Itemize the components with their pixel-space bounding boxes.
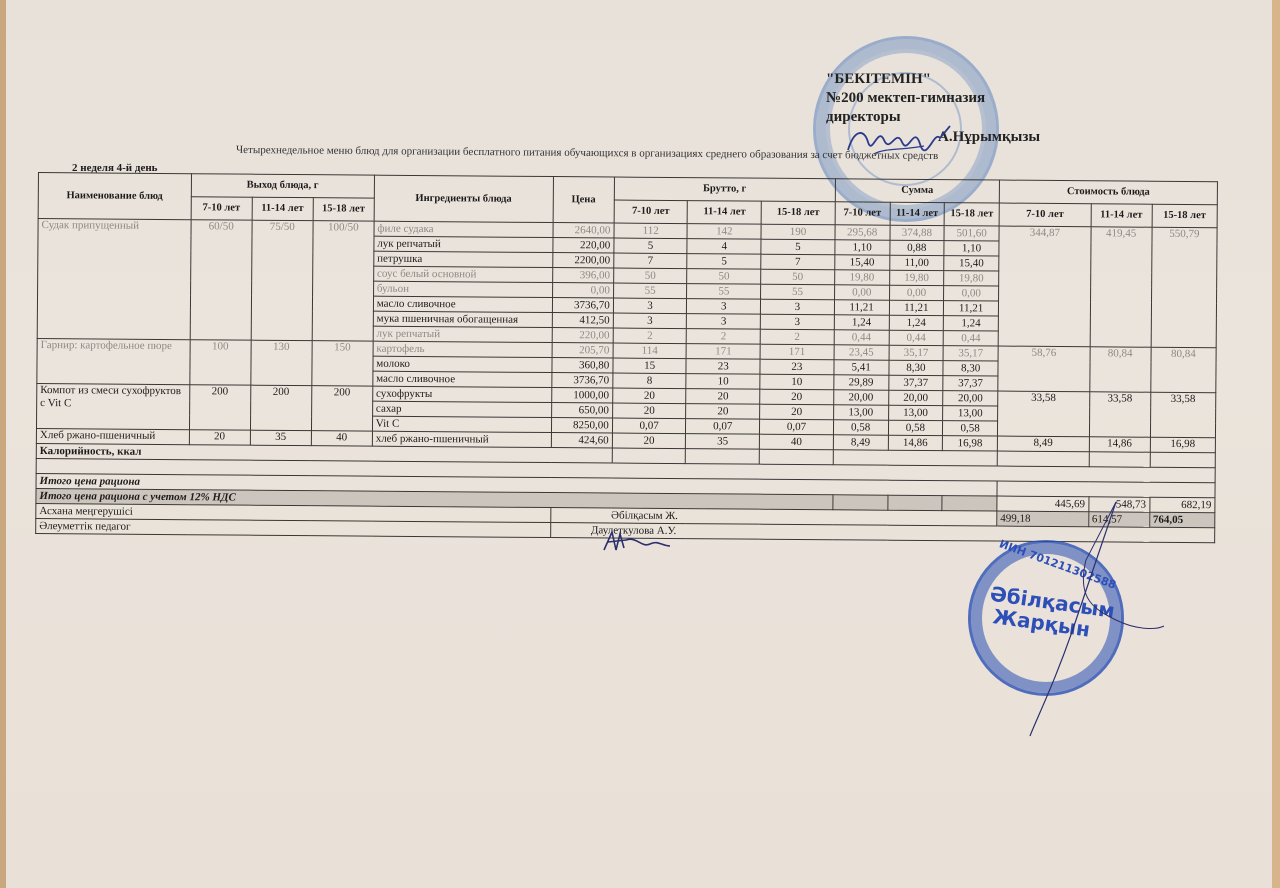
header-portion: Выход блюда, г [191,174,374,198]
header-age: 15-18 лет [944,203,999,226]
dish-portion: 150 [312,341,373,386]
header-dish-name: Наименование блюд [38,173,191,220]
ingredient-gross: 3 [761,299,835,315]
ingredient-name: Vit C [372,416,551,432]
ingredient-sum: 0,44 [834,330,889,345]
ingredient-price: 0,00 [552,283,613,298]
dish-portion: 75/50 [251,220,313,340]
dish-name: Хлеб ржано-пшеничный [36,428,189,444]
ingredient-sum: 14,86 [888,435,943,450]
ingredient-sum: 0,44 [943,331,998,346]
ingredient-sum: 16,98 [943,436,998,451]
ingredient-gross: 55 [761,284,835,300]
header-age: 7-10 лет [191,197,252,220]
ingredient-name: лук репчатый [373,326,552,342]
ingredient-price: 2640,00 [553,223,614,238]
dish-portion: 35 [250,430,311,445]
ingredient-sum: 19,80 [944,271,999,286]
ingredient-sum: 8,30 [943,361,998,376]
ingredient-gross: 112 [614,223,688,239]
header-sum: Сумма [835,179,999,203]
ingredient-sum: 35,17 [889,345,944,360]
ingredient-sum: 20,00 [943,391,998,406]
ingredient-price: 650,00 [551,403,612,418]
ingredient-gross: 55 [687,284,761,300]
ingredient-name: бульон [373,281,552,297]
ingredient-gross: 15 [613,358,687,374]
ingredient-sum: 11,21 [889,300,944,315]
ingredient-sum: 0,44 [889,330,944,345]
approval-block: "БЕКІТЕМІН" №200 мектеп-гимназия директо… [826,70,985,127]
dish-cost: 344,87 [998,226,1091,347]
ingredient-gross: 35 [686,434,760,450]
ingredient-gross: 0,07 [760,419,834,435]
ingredient-sum: 1,24 [834,315,889,330]
ingredient-sum: 0,88 [889,240,944,255]
dish-portion: 200 [250,385,311,430]
ingredient-gross: 3 [613,298,687,314]
ingredient-price: 412,50 [552,313,613,328]
ingredient-sum: 0,00 [889,285,944,300]
ingredient-sum: 19,80 [834,270,889,285]
ingredient-gross: 20 [760,404,834,420]
ingredient-gross: 4 [687,239,761,255]
ingredient-sum: 8,49 [833,435,888,450]
header-age: 7-10 лет [999,203,1091,227]
ingredient-gross: 10 [686,374,760,390]
ingredient-gross: 50 [761,269,835,285]
dish-name: Компот из смеси сухофруктов с Vit C [36,383,189,429]
ingredient-gross: 3 [687,314,761,330]
ingredient-sum: 20,00 [833,390,888,405]
ingredient-sum: 0,58 [833,420,888,435]
dish-portion: 60/50 [190,220,252,340]
ingredient-gross: 3 [613,313,687,329]
ingredient-gross: 3 [687,299,761,315]
ingredient-sum: 11,21 [834,300,889,315]
ingredient-gross: 55 [613,283,687,299]
ingredient-price: 360,80 [552,358,613,373]
ingredient-gross: 5 [761,239,835,255]
dish-cost: 14,86 [1089,437,1150,452]
dish-portion: 40 [311,431,372,446]
ingredient-sum: 13,00 [888,405,943,420]
dish-cost: 58,76 [998,346,1090,392]
ingredient-price: 396,00 [552,268,613,283]
ingredient-name: картофель [373,341,552,357]
ingredient-sum: 0,58 [888,420,943,435]
ingredient-gross: 20 [612,388,686,404]
ingredient-name: сахар [372,401,551,417]
ingredient-gross: 5 [687,254,761,270]
ingredient-gross: 20 [760,389,834,405]
ingredient-gross: 3 [760,314,834,330]
ingredient-sum: 37,37 [943,376,998,391]
ingredient-gross: 142 [687,224,761,240]
signature-role: Әлеуметтік педагог [36,518,551,537]
dish-cost: 8,49 [997,436,1089,452]
approval-line-2: №200 мектеп-гимназия [826,89,985,108]
stamp-signature-icon [1016,500,1166,740]
ingredient-price: 3736,70 [552,373,613,388]
ingredient-sum: 37,37 [888,375,943,390]
ingredient-sum: 295,68 [835,225,890,240]
ingredient-gross: 20 [612,403,686,419]
ingredient-sum: 501,60 [944,226,999,241]
ingredient-sum: 1,10 [944,241,999,256]
ingredient-name: масло сливочное [373,371,552,387]
dish-portion: 200 [189,385,250,430]
ingredient-sum: 13,00 [943,406,998,421]
header-gross: Брутто, г [614,177,835,202]
ingredient-name: соус белый основной [373,266,552,282]
ingredient-gross: 7 [761,254,835,270]
ingredient-price: 205,70 [552,343,613,358]
ingredient-price: 8250,00 [551,418,612,433]
menu-table: Наименование блюд Выход блюда, г Ингреди… [35,172,1218,543]
ingredient-gross: 8 [613,373,687,389]
ingredient-sum: 1,24 [889,315,944,330]
ingredient-price: 2200,00 [552,253,613,268]
header-age: 11-14 лет [890,202,945,225]
ingredient-name: молоко [373,356,552,372]
ingredient-gross: 171 [687,344,761,360]
ingredient-sum: 20,00 [888,390,943,405]
dish-cost: 419,45 [1090,227,1152,347]
header-cost: Стоимость блюда [999,180,1217,205]
dish-cost: 80,84 [1089,347,1150,392]
ingredient-sum: 8,30 [888,360,943,375]
ingredient-sum: 29,89 [834,375,889,390]
ingredient-gross: 190 [761,224,835,240]
ingredient-gross: 0,07 [612,418,686,434]
ingredient-sum: 1,24 [944,316,999,331]
ingredient-price: 3736,70 [552,298,613,313]
dish-cost: 33,58 [997,391,1089,437]
dish-cost: 33,58 [1089,392,1150,437]
dish-cost: 16,98 [1150,437,1215,453]
dish-portion: 100 [189,340,250,385]
dish-cost: 80,84 [1150,347,1216,393]
ingredient-gross: 2 [687,329,761,345]
ingredient-sum: 15,40 [944,256,999,271]
dish-cost: 33,58 [1150,392,1216,438]
ingredient-price: 424,60 [551,433,612,448]
header-age: 15-18 лет [1152,204,1218,228]
ingredient-sum: 13,00 [833,405,888,420]
document-sheet: "БЕКІТЕМІН" №200 мектеп-гимназия директо… [6,0,1272,888]
dish-portion: 20 [189,430,250,445]
ingredient-gross: 7 [614,253,688,269]
ingredient-sum: 0,00 [834,285,889,300]
ingredient-sum: 35,17 [943,346,998,361]
dish-portion: 130 [251,340,312,385]
ingredient-name: филе судака [374,221,553,237]
ingredient-gross: 20 [686,389,760,405]
ingredient-gross: 5 [614,238,688,254]
menu-table-wrapper: Наименование блюд Выход блюда, г Ингреди… [35,172,1218,543]
ingredient-name: сухофрукты [373,386,552,402]
dish-portion: 100/50 [312,221,374,341]
dish-name: Судак припущенный [37,219,191,340]
ingredient-gross: 23 [686,359,760,375]
ingredient-gross: 50 [613,268,687,284]
header-age: 11-14 лет [1091,204,1152,227]
ingredient-gross: 114 [613,343,687,359]
header-ingredients: Ингредиенты блюда [374,175,553,222]
dish-cost: 550,79 [1151,227,1217,348]
ingredient-gross: 10 [760,374,834,390]
ingredient-sum: 0,00 [944,286,999,301]
ingredient-name: мука пшеничная обогащенная [373,311,552,327]
ingredient-gross: 23 [760,359,834,375]
ingredient-sum: 23,45 [834,345,889,360]
ingredient-sum: 0,58 [943,421,998,436]
ingredient-price: 1000,00 [551,388,612,403]
ingredient-sum: 11,00 [889,255,944,270]
desk-edge-right [1272,0,1280,888]
header-age: 7-10 лет [614,200,688,224]
ingredient-gross: 2 [613,328,687,344]
ingredient-gross: 20 [612,433,686,449]
dish-portion: 200 [311,386,372,431]
ingredient-name: масло сливочное [373,296,552,312]
ingredient-price: 220,00 [553,238,614,253]
ingredient-gross: 40 [759,434,833,450]
ingredient-gross: 50 [687,269,761,285]
approval-line-1: "БЕКІТЕМІН" [826,70,985,89]
ingredient-gross: 0,07 [686,419,760,435]
dish-name: Гарнир: картофельное пюре [37,338,190,384]
menu-table-body: Судак припущенный60/5075/50100/50филе су… [36,219,1217,453]
header-price: Цена [553,177,614,223]
ingredient-gross: 171 [760,344,834,360]
ingredient-gross: 2 [760,329,834,345]
ingredient-name: лук репчатый [374,236,553,252]
header-age: 15-18 лет [313,198,374,221]
ingredient-sum: 11,21 [944,301,999,316]
ingredient-name: хлеб ржано-пшеничный [372,431,551,447]
header-age: 7-10 лет [835,202,890,225]
ingredient-name: петрушка [374,251,553,267]
ingredient-gross: 20 [686,404,760,420]
pedagog-signature-icon [602,528,672,554]
header-age: 15-18 лет [761,201,835,225]
ingredient-sum: 374,88 [890,225,945,240]
ingredient-sum: 5,41 [834,360,889,375]
header-age: 11-14 лет [688,201,762,225]
ingredient-price: 220,00 [552,328,613,343]
ingredient-sum: 19,80 [889,270,944,285]
ingredient-sum: 1,10 [835,240,890,255]
ingredient-sum: 15,40 [835,255,890,270]
header-age: 11-14 лет [252,197,313,220]
